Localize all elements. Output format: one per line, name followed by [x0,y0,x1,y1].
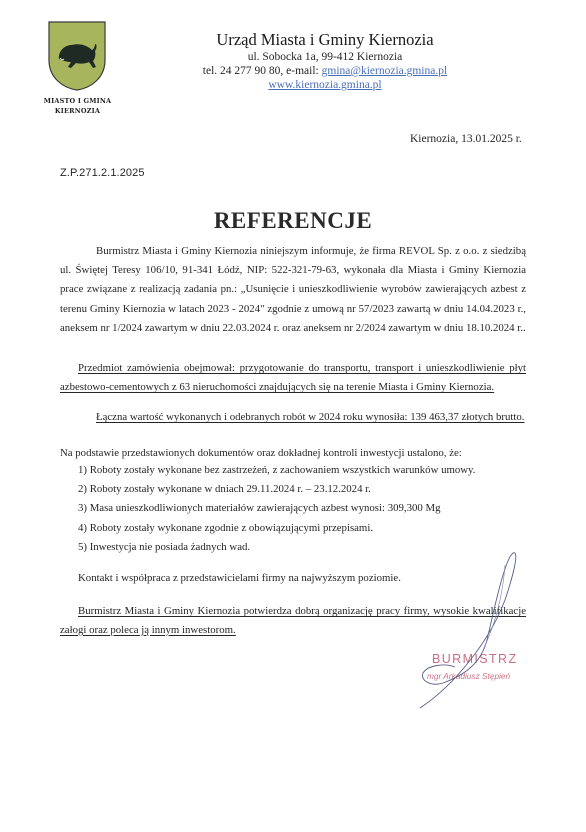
coat-of-arms-icon [47,20,107,92]
place-and-date: Kiernozia, 13.01.2025 r. [410,133,522,145]
letterhead: Urząd Miasta i Gminy Kiernozia ul. Soboc… [170,30,480,92]
organization-name: Urząd Miasta i Gminy Kiernozia [170,30,480,50]
signature-icon [395,545,545,710]
phone-text: tel. 24 277 90 80, e-mail: [203,65,322,77]
list-item: 2) Roboty zostały wykonane w dniach 29.1… [78,480,475,499]
scope-paragraph: Przedmiot zamówienia obejmował: przygoto… [60,359,526,397]
intro-text: Burmistrz Miasta i Gminy Kiernozia ninie… [60,245,526,334]
organization-address: ul. Sobocka 1a, 99-412 Kiernozia [170,50,480,64]
crest-label-line-2: KIERNOZIA [30,106,125,116]
intro-paragraph: Burmistrz Miasta i Gminy Kiernozia ninie… [60,242,526,338]
total-value-paragraph: Łączna wartość wykonanych i odebranych r… [96,409,536,425]
total-value-text: Łączna wartość wykonanych i odebranych r… [96,411,524,423]
scope-text: Przedmiot zamówienia obejmował: przygoto… [60,362,526,393]
list-item: 1) Roboty zostały wykonane bez zastrzeże… [78,461,475,480]
findings-intro: Na podstawie przedstawionych dokumentów … [60,445,540,461]
list-item: 3) Masa unieszkodliwionych materiałów za… [78,499,475,518]
document-title: REFERENCJE [0,208,586,234]
email-link[interactable]: gmina@kiernozia.gmina.pl [322,65,448,77]
list-item: 4) Roboty zostały wykonane zgodnie z obo… [78,519,475,538]
reference-number: Z.P.271.2.1.2025 [60,167,145,179]
crest-label: MIASTO I GMINA KIERNOZIA [30,96,125,116]
organization-contact: tel. 24 277 90 80, e-mail: gmina@kiernoz… [170,64,480,78]
website-link[interactable]: www.kiernozia.gmina.pl [268,79,381,91]
findings-list: 1) Roboty zostały wykonane bez zastrzeże… [78,461,475,557]
contact-paragraph: Kontakt i współpraca z przedstawicielami… [78,570,401,586]
crest-label-line-1: MIASTO I GMINA [30,96,125,106]
